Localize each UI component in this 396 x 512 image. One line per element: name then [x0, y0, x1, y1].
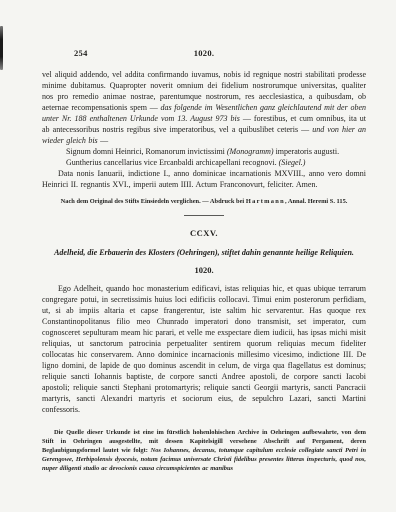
text-segment: Nach dem Original des Stifts Einsiedeln …: [61, 198, 246, 205]
scan-artifact: [0, 26, 3, 70]
charter-date: 1020.: [42, 265, 366, 275]
text-segment: Signum domni Heinrici, Romanorum invicti…: [66, 147, 227, 156]
previous-charter-continuation-text: vel aliquid addendo, vel addita confirma…: [42, 69, 366, 146]
charter-number: CCXV.: [42, 228, 366, 238]
charter-footnote: Die Quelle dieser Urkunde ist eine im fü…: [42, 428, 366, 473]
datum-line: Data nonis Ianuarii, indictione I., anno…: [42, 168, 366, 190]
document-page: 254 1020. vel aliquid addendo, vel addit…: [42, 48, 366, 473]
charter-title: Adelheid, die Erbauerin des Klosters (Oe…: [42, 248, 366, 257]
running-head-year: 1020.: [42, 48, 366, 58]
text-segment: Guntherius cancellarius vice Ercanbaldi …: [66, 158, 279, 167]
chancellor-recognition-line: Guntherius cancellarius vice Ercanbaldi …: [42, 157, 366, 168]
text-segment: —: [98, 136, 109, 145]
page-header: 254 1020.: [42, 48, 366, 60]
text-segment: Hartmann: [246, 198, 285, 205]
source-note: Nach dem Original des Stifts Einsiedeln …: [42, 198, 366, 206]
text-segment: (Siegel.): [279, 158, 306, 167]
text-segment: (Monogramm): [227, 147, 274, 156]
text-segment: , Annal. Heremi S. 115.: [285, 198, 347, 205]
section-divider: [184, 215, 224, 216]
charter-body-text: Ego Adelheit, quando hoc monasterium edi…: [42, 283, 366, 415]
text-segment: imperatoris augusti.: [274, 147, 340, 156]
text-segment: Data nonis Ianuarii, indictione I., anno…: [42, 169, 366, 189]
text-segment: Ego Adelheit, quando hoc monasterium edi…: [42, 284, 366, 414]
signum-line: Signum domni Heinrici, Romanorum invicti…: [42, 146, 366, 157]
